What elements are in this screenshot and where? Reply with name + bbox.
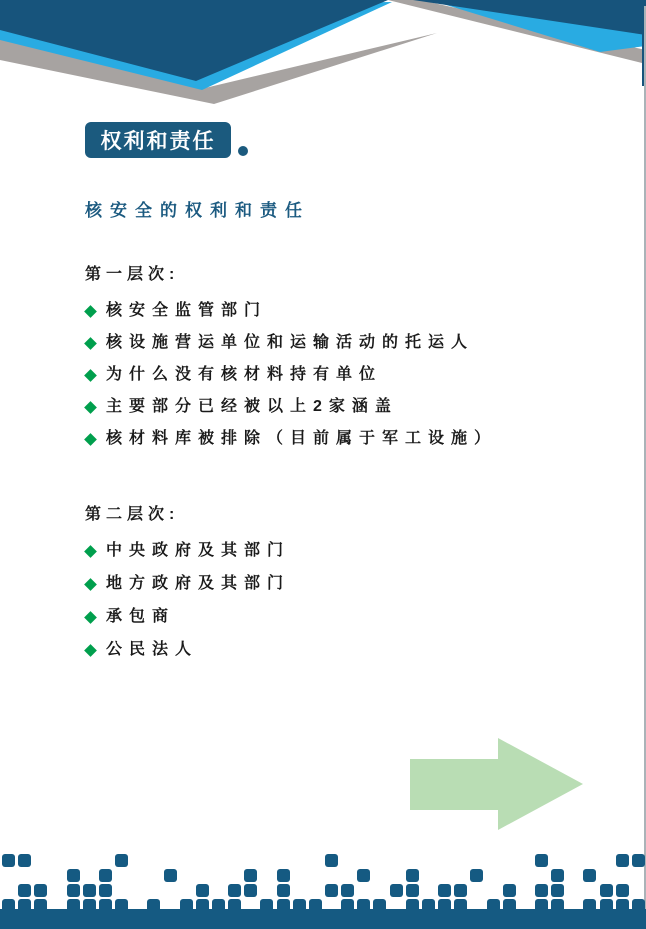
pattern-square xyxy=(325,884,338,897)
bullet-list: 核安全监管部门 核设施营运单位和运输活动的托运人 为什么没有核材料持有单位 主要… xyxy=(85,300,625,450)
pattern-square xyxy=(470,869,483,882)
footer-bar xyxy=(0,909,646,929)
right-arrow-icon xyxy=(405,732,590,834)
pattern-square xyxy=(390,884,403,897)
pattern-square xyxy=(164,869,177,882)
pattern-square xyxy=(99,884,112,897)
pattern-square xyxy=(600,884,613,897)
title-dot-decoration xyxy=(238,146,248,156)
list-item: 核材料库被排除（目前属于军工设施） xyxy=(85,428,625,450)
pattern-square xyxy=(341,884,354,897)
list-item: 主要部分已经被以上2家涵盖 xyxy=(85,396,625,418)
diamond-bullet-icon xyxy=(84,611,97,624)
diamond-bullet-icon xyxy=(84,401,97,414)
pattern-square xyxy=(406,884,419,897)
section-label: 第二层次: xyxy=(85,504,625,526)
bullet-list: 中央政府及其部门 地方政府及其部门 承包商 公民法人 xyxy=(85,540,625,661)
pattern-square xyxy=(18,884,31,897)
list-item-text: 地方政府及其部门 xyxy=(106,573,290,595)
diamond-bullet-icon xyxy=(84,305,97,318)
page-title: 权利和责任 xyxy=(85,122,231,158)
section-level-1: 第一层次: 核安全监管部门 核设施营运单位和运输活动的托运人 为什么没有核材料持… xyxy=(85,264,625,460)
pattern-square xyxy=(454,884,467,897)
pattern-square xyxy=(67,869,80,882)
list-item: 公民法人 xyxy=(85,639,625,661)
pattern-square xyxy=(551,884,564,897)
list-item-text: 主要部分已经被以上2家涵盖 xyxy=(106,396,398,418)
list-item: 核设施营运单位和运输活动的托运人 xyxy=(85,332,625,354)
pattern-square xyxy=(99,869,112,882)
pattern-square xyxy=(632,854,645,867)
section-label: 第一层次: xyxy=(85,264,625,286)
list-item-text: 承包商 xyxy=(106,606,175,628)
list-item-text: 中央政府及其部门 xyxy=(106,540,290,562)
pattern-square xyxy=(196,884,209,897)
diamond-bullet-icon xyxy=(84,644,97,657)
diamond-bullet-icon xyxy=(84,433,97,446)
diamond-bullet-icon xyxy=(84,578,97,591)
pattern-square xyxy=(503,884,516,897)
slide: 权利和责任 核安全的权利和责任 第一层次: 核安全监管部门 核设施营运单位和运输… xyxy=(0,0,646,929)
pattern-square xyxy=(535,854,548,867)
footer-pattern xyxy=(0,854,646,914)
pattern-square xyxy=(583,869,596,882)
list-item: 核安全监管部门 xyxy=(85,300,625,322)
list-item: 承包商 xyxy=(85,606,625,628)
pattern-square xyxy=(616,854,629,867)
pattern-square xyxy=(244,869,257,882)
pattern-square xyxy=(34,884,47,897)
pattern-square xyxy=(325,854,338,867)
pattern-square xyxy=(2,854,15,867)
list-item: 中央政府及其部门 xyxy=(85,540,625,562)
list-item: 地方政府及其部门 xyxy=(85,573,625,595)
list-item-text: 核设施营运单位和运输活动的托运人 xyxy=(106,332,474,354)
pattern-square xyxy=(438,884,451,897)
pattern-square xyxy=(357,869,370,882)
pattern-square xyxy=(535,884,548,897)
pattern-square xyxy=(83,884,96,897)
list-item-text: 为什么没有核材料持有单位 xyxy=(106,364,382,386)
section-level-2: 第二层次: 中央政府及其部门 地方政府及其部门 承包商 公民法人 xyxy=(85,504,625,672)
list-item: 为什么没有核材料持有单位 xyxy=(85,364,625,386)
pattern-square xyxy=(277,884,290,897)
diamond-bullet-icon xyxy=(84,369,97,382)
pattern-square xyxy=(18,854,31,867)
pattern-square xyxy=(616,884,629,897)
subtitle: 核安全的权利和责任 xyxy=(85,196,310,221)
pattern-square xyxy=(406,869,419,882)
pattern-square xyxy=(244,884,257,897)
list-item-text: 核材料库被排除（目前属于军工设施） xyxy=(106,428,497,450)
page-title-text: 权利和责任 xyxy=(101,125,216,155)
list-item-text: 公民法人 xyxy=(106,639,198,661)
pattern-square xyxy=(67,884,80,897)
banner-decoration xyxy=(0,0,646,120)
pattern-square xyxy=(277,869,290,882)
diamond-bullet-icon xyxy=(84,545,97,558)
pattern-square xyxy=(115,854,128,867)
pattern-square xyxy=(228,884,241,897)
diamond-bullet-icon xyxy=(84,337,97,350)
pattern-square xyxy=(551,869,564,882)
list-item-text: 核安全监管部门 xyxy=(106,300,267,322)
